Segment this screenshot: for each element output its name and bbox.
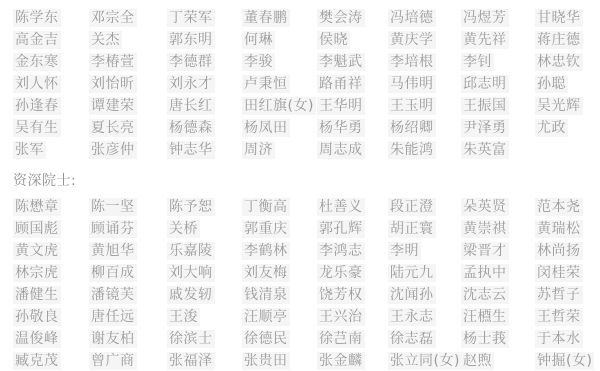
academician-name: 孙敬良 bbox=[13, 308, 61, 326]
name-cell: 甘晓华 bbox=[535, 6, 600, 28]
academician-name: 沈志云 bbox=[461, 286, 509, 304]
name-cell: 王兴治 bbox=[317, 305, 388, 327]
name-cell: 邱志明 bbox=[461, 72, 535, 94]
academician-name: 郭孔辉 bbox=[317, 220, 365, 238]
academician-name: 戚发轫 bbox=[167, 286, 215, 304]
academician-name: 李鹤林 bbox=[242, 242, 290, 260]
name-cell: 李钊 bbox=[461, 50, 535, 72]
academician-name: 朱能鸿 bbox=[388, 141, 436, 159]
name-cell: 杨绍卿 bbox=[388, 116, 461, 138]
academician-name: 王哲荣 bbox=[535, 308, 583, 326]
academician-name: 苏哲子 bbox=[535, 286, 583, 304]
name-cell: 李骏 bbox=[242, 50, 317, 72]
academician-name: 张贵田 bbox=[242, 352, 290, 370]
name-cell: 唐任远 bbox=[89, 305, 167, 327]
name-cell: 蒋庄德 bbox=[535, 28, 600, 50]
academician-name: 沈闻孙 bbox=[388, 286, 436, 304]
academician-name: 饶芳权 bbox=[317, 286, 365, 304]
name-cell: 尤政 bbox=[535, 116, 600, 138]
name-cell: 路甬祥 bbox=[317, 72, 388, 94]
academician-name: 林尚扬 bbox=[535, 242, 583, 260]
name-cell: 黄瑞松 bbox=[535, 217, 600, 239]
academician-name: 唐长红 bbox=[167, 97, 215, 115]
academician-name: 关桥 bbox=[167, 220, 200, 238]
academician-name: 郭重庆 bbox=[242, 220, 290, 238]
academician-name: 黄文虎 bbox=[13, 242, 61, 260]
name-cell: 王永志 bbox=[388, 305, 461, 327]
academician-name: 谢友柏 bbox=[89, 330, 137, 348]
academician-name: 关杰 bbox=[89, 31, 122, 49]
academician-name: 王兴治 bbox=[317, 308, 365, 326]
name-cell: 杨士莪 bbox=[461, 327, 535, 349]
academician-name: 潘健生 bbox=[13, 286, 61, 304]
academician-name: 杨德森 bbox=[167, 119, 215, 137]
name-cell: 吴光辉 bbox=[535, 94, 600, 116]
name-cell: 孙逢春 bbox=[13, 94, 89, 116]
academician-name: 何琳 bbox=[242, 31, 275, 49]
academician-name: 邱志明 bbox=[461, 75, 509, 93]
name-cell: 徐志磊 bbox=[388, 327, 461, 349]
academician-name: 杨凤田 bbox=[242, 119, 290, 137]
name-cell: 陈懋章 bbox=[13, 195, 89, 217]
name-cell: 李鹤林 bbox=[242, 239, 317, 261]
academician-name: 尹泽勇 bbox=[461, 119, 509, 137]
name-cell: 杨华勇 bbox=[317, 116, 388, 138]
name-cell: 胡正寰 bbox=[388, 217, 461, 239]
name-cell: 林忠钦 bbox=[535, 50, 600, 72]
name-cell: 张福泽 bbox=[167, 349, 242, 371]
name-cell: 徐滨士 bbox=[167, 327, 242, 349]
academician-name: 潘镜芙 bbox=[89, 286, 137, 304]
name-cell: 王华明 bbox=[317, 94, 388, 116]
academician-name: 林忠钦 bbox=[535, 53, 583, 71]
name-cell: 李明 bbox=[388, 239, 461, 261]
academician-name: 闵桂荣 bbox=[535, 264, 583, 282]
academician-name: 王永志 bbox=[388, 308, 436, 326]
name-cell: 陆元九 bbox=[388, 261, 461, 283]
name-cell: 苏哲子 bbox=[535, 283, 600, 305]
academician-name: 黄瑞松 bbox=[535, 220, 583, 238]
academician-name: 张金麟 bbox=[317, 352, 365, 370]
name-cell: 刘友梅 bbox=[242, 261, 317, 283]
name-cell: 孙敬良 bbox=[13, 305, 89, 327]
name-cell: 钱清泉 bbox=[242, 283, 317, 305]
name-cell: 周志成 bbox=[317, 138, 388, 160]
academician-name: 王华明 bbox=[317, 97, 365, 115]
name-cell: 杨凤田 bbox=[242, 116, 317, 138]
name-cell: 龙乐豪 bbox=[317, 261, 388, 283]
name-cell: 顾国彪 bbox=[13, 217, 89, 239]
name-cell: 张贵田 bbox=[242, 349, 317, 371]
name-cell: 林宗虎 bbox=[13, 261, 89, 283]
academician-name: 陆元九 bbox=[388, 264, 436, 282]
name-cell: 顾诵芬 bbox=[89, 217, 167, 239]
name-cell: 黄庆学 bbox=[388, 28, 461, 50]
name-cell: 于本水 bbox=[535, 327, 600, 349]
academician-name: 李明 bbox=[388, 242, 421, 260]
academician-name: 刘人怀 bbox=[13, 75, 61, 93]
academician-name: 樊会涛 bbox=[317, 9, 365, 27]
academician-name: 龙乐豪 bbox=[317, 264, 365, 282]
academician-name: 李魁武 bbox=[317, 53, 365, 71]
academician-name: 周志成 bbox=[317, 141, 365, 159]
academician-name: 顾诵芬 bbox=[89, 220, 137, 238]
academician-name: 唐任远 bbox=[89, 308, 137, 326]
academician-name: 丁荣军 bbox=[167, 9, 215, 27]
academician-name: 董春鹏 bbox=[242, 9, 290, 27]
academician-name: 刘友梅 bbox=[242, 264, 290, 282]
academician-name: 马伟明 bbox=[388, 75, 436, 93]
academician-name: 蒋庄德 bbox=[535, 31, 583, 49]
name-cell: 臧克茂 bbox=[13, 349, 89, 371]
academician-name: 李钊 bbox=[461, 53, 494, 71]
name-cell: 钟掘(女) bbox=[535, 349, 600, 371]
academician-name: 丁衡高 bbox=[242, 198, 290, 216]
academician-name: 林宗虎 bbox=[13, 264, 61, 282]
academician-name: 孙逢春 bbox=[13, 97, 61, 115]
name-cell: 郭东明 bbox=[167, 28, 242, 50]
name-cell: 赵煦 bbox=[461, 349, 535, 371]
name-cell: 关桥 bbox=[167, 217, 242, 239]
academician-name: 顾国彪 bbox=[13, 220, 61, 238]
academician-name: 胡正寰 bbox=[388, 220, 436, 238]
name-cell: 汪槱生 bbox=[461, 305, 535, 327]
name-cell: 张金麟 bbox=[317, 349, 388, 371]
academician-name: 于本水 bbox=[535, 330, 583, 348]
name-cell: 温俊峰 bbox=[13, 327, 89, 349]
name-cell: 乐嘉陵 bbox=[167, 239, 242, 261]
academician-name: 黄旭华 bbox=[89, 242, 137, 260]
name-cell: 潘健生 bbox=[13, 283, 89, 305]
name-cell: 杨德森 bbox=[167, 116, 242, 138]
name-cell: 冯煜芳 bbox=[461, 6, 535, 28]
name-cell: 戚发轫 bbox=[167, 283, 242, 305]
name-cell: 沈志云 bbox=[461, 283, 535, 305]
name-cell: 丁衡高 bbox=[242, 195, 317, 217]
academician-name: 谭建荣 bbox=[89, 97, 137, 115]
name-cell: 徐芑南 bbox=[317, 327, 388, 349]
name-cell: 丁荣军 bbox=[167, 6, 242, 28]
academician-name: 周济 bbox=[242, 141, 275, 159]
academician-name: 曾广商 bbox=[89, 352, 137, 370]
name-cell: 潘镜芙 bbox=[89, 283, 167, 305]
academician-grid-senior: 陈懋章陈一坚陈予恕丁衡高杜善义段正澄朵英贤范本尧顾国彪顾诵芬关桥郭重庆郭孔辉胡正… bbox=[13, 195, 600, 371]
name-cell: 郭重庆 bbox=[242, 217, 317, 239]
academician-name: 金东寒 bbox=[13, 53, 61, 71]
name-cell: 卢秉恒 bbox=[242, 72, 317, 94]
academician-name: 臧克茂 bbox=[13, 352, 61, 370]
name-cell: 饶芳权 bbox=[317, 283, 388, 305]
name-cell: 何琳 bbox=[242, 28, 317, 50]
academician-name: 柳百成 bbox=[89, 264, 137, 282]
name-cell: 陈予恕 bbox=[167, 195, 242, 217]
academician-name: 赵煦 bbox=[461, 352, 494, 370]
academician-name: 杜善义 bbox=[317, 198, 365, 216]
name-cell: 孟执中 bbox=[461, 261, 535, 283]
name-cell: 徐德民 bbox=[242, 327, 317, 349]
academician-name: 汪槱生 bbox=[461, 308, 509, 326]
name-cell: 朱能鸿 bbox=[388, 138, 461, 160]
name-cell: 侯晓 bbox=[317, 28, 388, 50]
academician-name: 王玉明 bbox=[388, 97, 436, 115]
name-cell: 谭建荣 bbox=[89, 94, 167, 116]
academician-name: 刘大响 bbox=[167, 264, 215, 282]
academician-name: 张军 bbox=[13, 141, 46, 159]
name-cell: 周济 bbox=[242, 138, 317, 160]
name-cell: 张立同(女) bbox=[388, 349, 461, 371]
academician-name: 乐嘉陵 bbox=[167, 242, 215, 260]
name-cell: 冯培德 bbox=[388, 6, 461, 28]
academician-name: 张彦仲 bbox=[89, 141, 137, 159]
academician-name: 田红旗(女) bbox=[242, 97, 316, 115]
name-cell: 黄崇祺 bbox=[461, 217, 535, 239]
academician-name: 黄庆学 bbox=[388, 31, 436, 49]
academician-name: 高金吉 bbox=[13, 31, 61, 49]
academician-name: 刘永才 bbox=[167, 75, 215, 93]
name-cell: 田红旗(女) bbox=[242, 94, 317, 116]
academician-name: 徐志磊 bbox=[388, 330, 436, 348]
name-cell: 关杰 bbox=[89, 28, 167, 50]
academician-name: 朱英富 bbox=[461, 141, 509, 159]
name-cell: 马伟明 bbox=[388, 72, 461, 94]
academician-name: 徐滨士 bbox=[167, 330, 215, 348]
academician-list-page: 陈学东邓宗全丁荣军董春鹏樊会涛冯培德冯煜芳甘晓华高金吉关杰郭东明何琳侯晓黄庆学黄… bbox=[0, 0, 600, 371]
academician-name: 钟志华 bbox=[167, 141, 215, 159]
academician-name: 侯晓 bbox=[317, 31, 350, 49]
academician-grid-regular: 陈学东邓宗全丁荣军董春鹏樊会涛冯培德冯煜芳甘晓华高金吉关杰郭东明何琳侯晓黄庆学黄… bbox=[13, 6, 600, 160]
academician-name: 邓宗全 bbox=[89, 9, 137, 27]
academician-name: 吴光辉 bbox=[535, 97, 583, 115]
academician-name: 梁晋才 bbox=[461, 242, 509, 260]
name-cell: 吴有生 bbox=[13, 116, 89, 138]
academician-name: 陈懋章 bbox=[13, 198, 61, 216]
name-cell: 柳百成 bbox=[89, 261, 167, 283]
academician-name: 温俊峰 bbox=[13, 330, 61, 348]
academician-name: 徐芑南 bbox=[317, 330, 365, 348]
academician-name: 徐德民 bbox=[242, 330, 290, 348]
academician-name: 孟执中 bbox=[461, 264, 509, 282]
name-cell: 李德群 bbox=[167, 50, 242, 72]
name-cell: 刘怡昕 bbox=[89, 72, 167, 94]
name-cell: 黄旭华 bbox=[89, 239, 167, 261]
academician-name: 李德群 bbox=[167, 53, 215, 71]
academician-name: 钱清泉 bbox=[242, 286, 290, 304]
name-cell: 钟志华 bbox=[167, 138, 242, 160]
name-cell: 尹泽勇 bbox=[461, 116, 535, 138]
senior-section-header: 资深院士: bbox=[13, 171, 600, 191]
academician-name: 黄先祥 bbox=[461, 31, 509, 49]
name-cell: 刘永才 bbox=[167, 72, 242, 94]
name-cell: 董春鹏 bbox=[242, 6, 317, 28]
academician-name: 甘晓华 bbox=[535, 9, 583, 27]
name-cell: 张军 bbox=[13, 138, 89, 160]
name-cell: 王玉明 bbox=[388, 94, 461, 116]
academician-name: 冯煜芳 bbox=[461, 9, 509, 27]
academician-name: 钟掘(女) bbox=[535, 352, 594, 370]
name-cell: 黄文虎 bbox=[13, 239, 89, 261]
name-cell: 范本尧 bbox=[535, 195, 600, 217]
name-cell: 李魁武 bbox=[317, 50, 388, 72]
academician-name: 杨华勇 bbox=[317, 119, 365, 137]
academician-name: 李椿萱 bbox=[89, 53, 137, 71]
academician-name: 陈学东 bbox=[13, 9, 61, 27]
academician-name: 范本尧 bbox=[535, 198, 583, 216]
name-cell: 闵桂荣 bbox=[535, 261, 600, 283]
academician-name: 张立同(女) bbox=[388, 352, 462, 370]
academician-name: 陈予恕 bbox=[167, 198, 215, 216]
academician-name: 路甬祥 bbox=[317, 75, 365, 93]
name-cell: 李椿萱 bbox=[89, 50, 167, 72]
academician-name: 刘怡昕 bbox=[89, 75, 137, 93]
name-cell: 杜善义 bbox=[317, 195, 388, 217]
name-cell: 樊会涛 bbox=[317, 6, 388, 28]
name-cell: 刘大响 bbox=[167, 261, 242, 283]
name-cell: 李鸿志 bbox=[317, 239, 388, 261]
academician-name: 杨士莪 bbox=[461, 330, 509, 348]
name-cell: 王浚 bbox=[167, 305, 242, 327]
academician-name: 张福泽 bbox=[167, 352, 215, 370]
name-cell: 汪顺亭 bbox=[242, 305, 317, 327]
name-cell: 朵英贤 bbox=[461, 195, 535, 217]
academician-name: 吴有生 bbox=[13, 119, 61, 137]
name-cell: 唐长红 bbox=[167, 94, 242, 116]
name-cell: 陈一坚 bbox=[89, 195, 167, 217]
name-cell: 孙聪 bbox=[535, 72, 600, 94]
academician-name: 尤政 bbox=[535, 119, 568, 137]
academician-name: 汪顺亭 bbox=[242, 308, 290, 326]
name-cell: 高金吉 bbox=[13, 28, 89, 50]
academician-name: 郭东明 bbox=[167, 31, 215, 49]
name-cell: 夏长亮 bbox=[89, 116, 167, 138]
academician-name: 朵英贤 bbox=[461, 198, 509, 216]
name-cell: 王振国 bbox=[461, 94, 535, 116]
name-cell: 张彦仲 bbox=[89, 138, 167, 160]
name-cell: 林尚扬 bbox=[535, 239, 600, 261]
academician-name: 李骏 bbox=[242, 53, 275, 71]
academician-name: 李鸿志 bbox=[317, 242, 365, 260]
name-cell: 金东寒 bbox=[13, 50, 89, 72]
academician-name: 卢秉恒 bbox=[242, 75, 290, 93]
name-cell: 朱英富 bbox=[461, 138, 535, 160]
academician-name: 杨绍卿 bbox=[388, 119, 436, 137]
name-cell: 李培根 bbox=[388, 50, 461, 72]
name-cell: 黄先祥 bbox=[461, 28, 535, 50]
academician-name: 夏长亮 bbox=[89, 119, 137, 137]
academician-name: 冯培德 bbox=[388, 9, 436, 27]
name-cell: 邓宗全 bbox=[89, 6, 167, 28]
academician-name: 段正澄 bbox=[388, 198, 436, 216]
academician-name: 陈一坚 bbox=[89, 198, 137, 216]
academician-name: 王浚 bbox=[167, 308, 200, 326]
name-cell: 沈闻孙 bbox=[388, 283, 461, 305]
academician-name: 孙聪 bbox=[535, 75, 568, 93]
academician-name: 李培根 bbox=[388, 53, 436, 71]
name-cell: 陈学东 bbox=[13, 6, 89, 28]
academician-name: 黄崇祺 bbox=[461, 220, 509, 238]
name-cell: 刘人怀 bbox=[13, 72, 89, 94]
name-cell bbox=[535, 138, 600, 160]
name-cell: 郭孔辉 bbox=[317, 217, 388, 239]
name-cell: 段正澄 bbox=[388, 195, 461, 217]
name-cell: 谢友柏 bbox=[89, 327, 167, 349]
academician-name: 王振国 bbox=[461, 97, 509, 115]
name-cell: 王哲荣 bbox=[535, 305, 600, 327]
name-cell: 曾广商 bbox=[89, 349, 167, 371]
name-cell: 梁晋才 bbox=[461, 239, 535, 261]
